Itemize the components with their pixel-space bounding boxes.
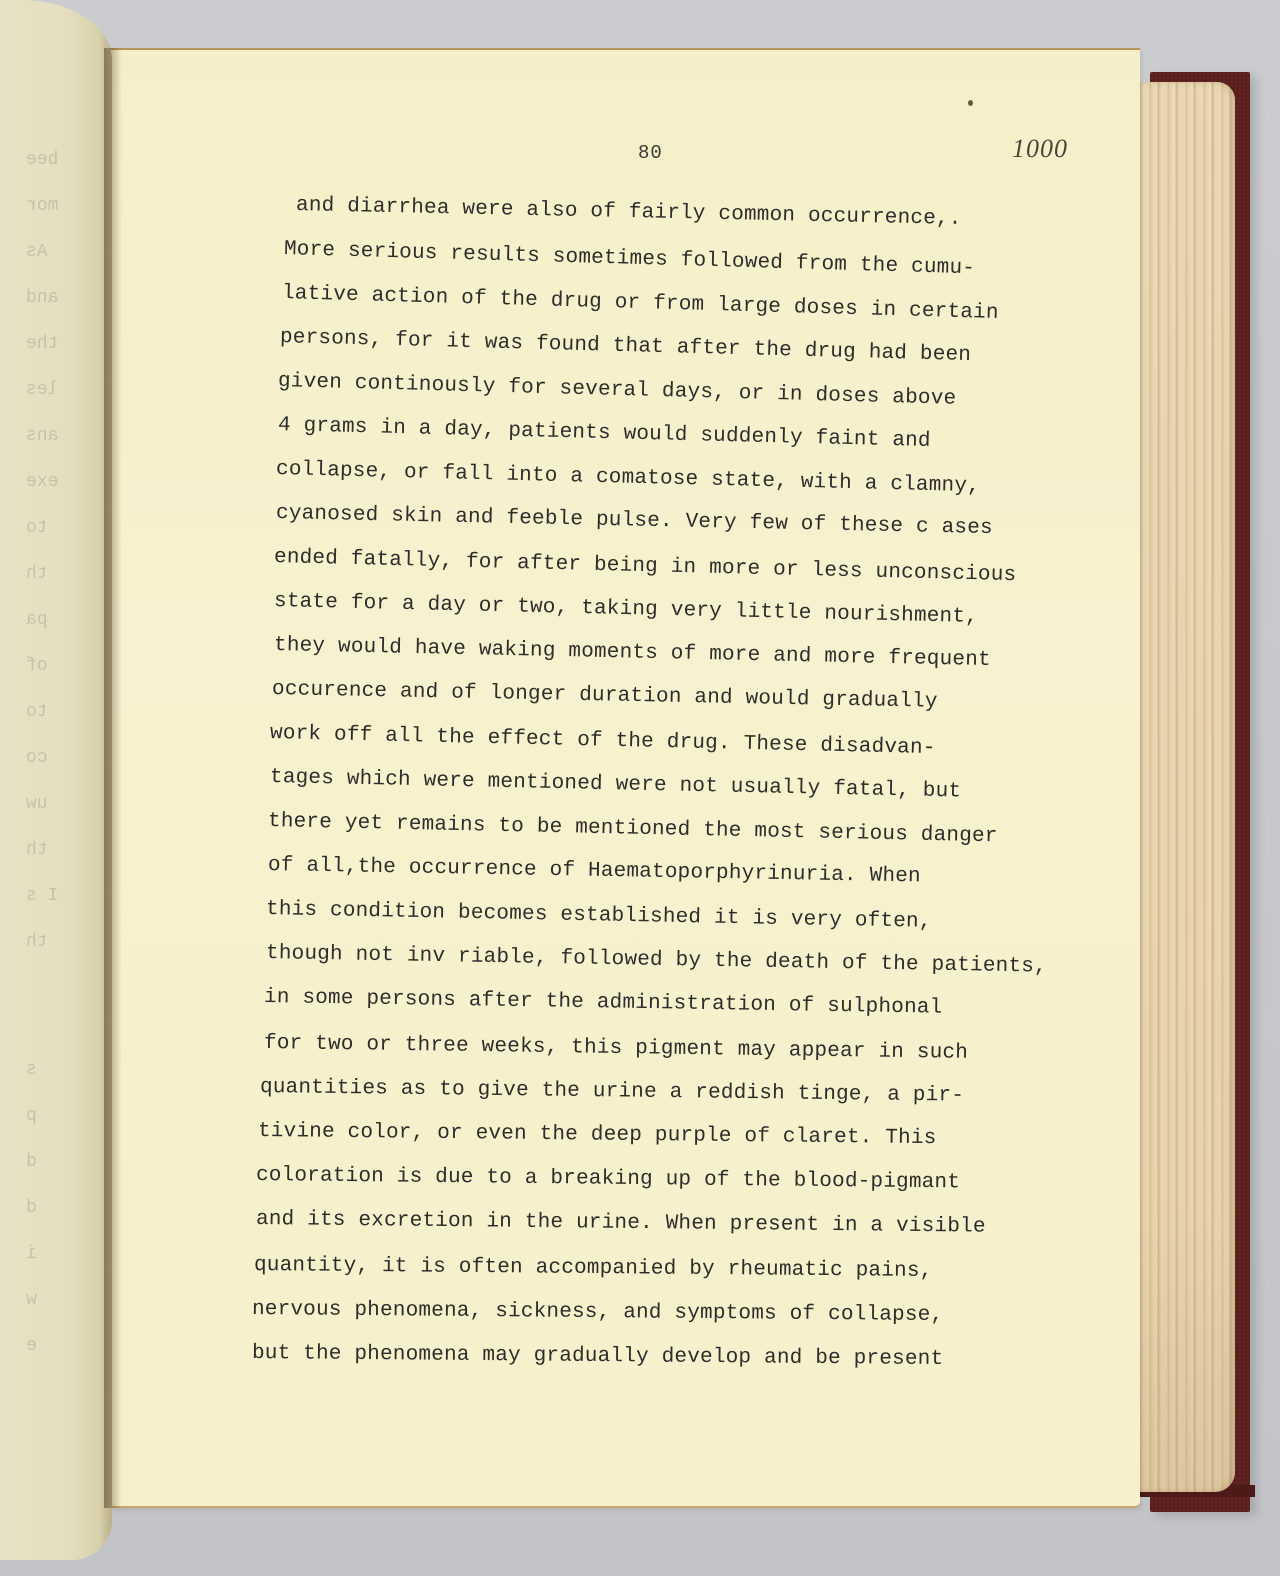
punch-mark — [968, 100, 973, 106]
typed-line: in some persons after the administration… — [264, 986, 943, 1020]
typewritten-page: 80 1000 and diarrhea were also of fairly… — [110, 48, 1140, 1508]
handwritten-folio-number: 1000 — [1012, 134, 1068, 164]
typed-line: 4 grams in a day, patients would suddenl… — [278, 414, 931, 453]
page-number: 80 — [638, 142, 663, 164]
bleedthrough-text: of — [0, 656, 112, 676]
bleedthrough-text: the — [0, 334, 112, 354]
bleedthrough-text: w — [0, 1290, 112, 1310]
typed-line: persons, for it was found that after the… — [280, 326, 972, 367]
typed-line: state for a day or two, taking very litt… — [274, 590, 978, 629]
typed-line: tages which were mentioned were not usua… — [270, 766, 962, 803]
typed-line: and diarrhea were also of fairly common … — [296, 194, 962, 231]
typed-line: they would have waking moments of more a… — [274, 634, 991, 672]
bleedthrough-text: d — [0, 1198, 112, 1218]
bleedthrough-text: I s — [0, 886, 112, 906]
typed-line: this condition becomes established it is… — [266, 898, 932, 934]
bleedthrough-text: i — [0, 1244, 112, 1264]
bleedthrough-text: to — [0, 702, 112, 722]
left-page-curl: beemorAsandthelesansexetothpaoftocouwthI… — [0, 0, 112, 1560]
bleedthrough-text: s — [0, 1060, 112, 1080]
bleedthrough-text: th — [0, 932, 112, 952]
typed-line: ended fatally, for after being in more o… — [274, 546, 1017, 587]
typed-line: of all,the occurrence of Haematoporphyri… — [268, 854, 921, 888]
typed-line: occurence and of longer duration and wou… — [272, 678, 938, 714]
bleedthrough-text: les — [0, 380, 112, 400]
typed-line: there yet remains to be mentioned the mo… — [268, 810, 998, 848]
typed-line: nervous phenomena, sickness, and symptom… — [252, 1298, 943, 1327]
typed-line: coloration is due to a breaking up of th… — [256, 1164, 960, 1194]
bleedthrough-text: and — [0, 288, 112, 308]
typed-line: collapse, or fall into a comatose state,… — [276, 458, 980, 498]
page-stack-edges — [1125, 82, 1235, 1492]
bleedthrough-text: d — [0, 1152, 112, 1172]
bleedthrough-text: exe — [0, 472, 112, 492]
bleedthrough-text: bee — [0, 150, 112, 170]
typed-line: given continously for several days, or i… — [278, 370, 957, 411]
bleedthrough-text: As — [0, 242, 112, 262]
bleedthrough-text: to — [0, 518, 112, 538]
typed-line: quantity, it is often accompanied by rhe… — [254, 1254, 933, 1283]
typed-line: for two or three weeks, this pigment may… — [264, 1032, 968, 1065]
typed-line: quantities as to give the urine a reddis… — [260, 1076, 964, 1108]
typed-line: and its excretion in the urine. When pre… — [256, 1208, 986, 1239]
bleedthrough-text: th — [0, 840, 112, 860]
typed-line: More serious results sometimes followed … — [284, 238, 976, 280]
bleedthrough-text: th — [0, 564, 112, 584]
bleedthrough-text: pa — [0, 610, 112, 630]
typed-line: lative action of the drug or from large … — [282, 282, 999, 325]
typed-line: though not inv riable, followed by the d… — [266, 942, 1047, 979]
bleedthrough-text: e — [0, 1336, 112, 1356]
bleedthrough-text: p — [0, 1106, 112, 1126]
gutter-shadow — [104, 48, 122, 1508]
bleedthrough-text: mor — [0, 196, 112, 216]
bleedthrough-text: uw — [0, 794, 112, 814]
typed-line: work off all the effect of the drug. The… — [270, 722, 936, 760]
bleedthrough-text: ans — [0, 426, 112, 446]
typed-line: but the phenomena may gradually develop … — [252, 1342, 943, 1371]
typed-line: cyanosed skin and feeble pulse. Very few… — [276, 502, 993, 540]
bleedthrough-text: co — [0, 748, 112, 768]
typed-line: tivine color, or even the deep purple of… — [258, 1120, 937, 1150]
